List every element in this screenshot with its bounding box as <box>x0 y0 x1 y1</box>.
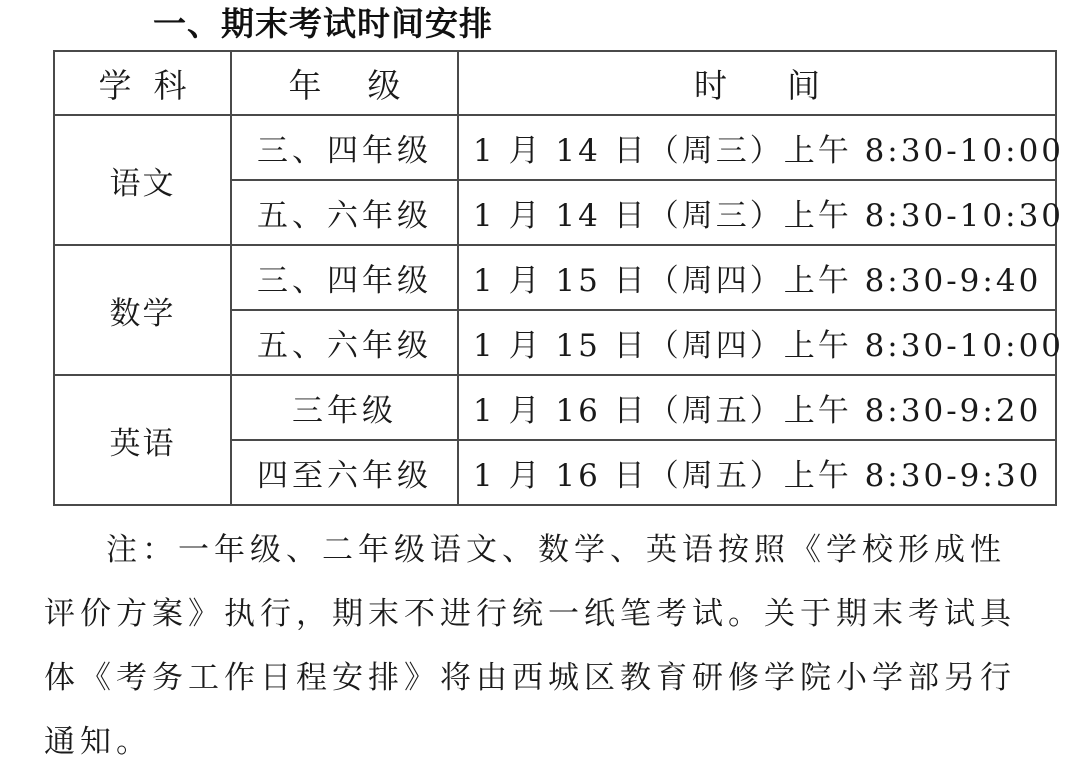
time-cell: 1 月 14 日（周三）上午 8:30-10:00 <box>458 115 1056 180</box>
table-row: 数学 三、四年级 1 月 15 日（周四）上午 8:30-9:40 <box>54 245 1056 310</box>
grade-cell: 三、四年级 <box>231 115 458 180</box>
grade-cell: 五、六年级 <box>231 180 458 245</box>
header-time: 时间 <box>458 51 1056 115</box>
note-paragraph: 注：一年级、二年级语文、数学、英语按照《学校形成性 评价方案》执行，期末不进行统… <box>44 518 1034 770</box>
time-cell: 1 月 15 日（周四）上午 8:30-10:00 <box>458 310 1056 375</box>
time-cell: 1 月 16 日（周五）上午 8:30-9:30 <box>458 440 1056 505</box>
grade-cell: 三年级 <box>231 375 458 440</box>
time-cell: 1 月 16 日（周五）上午 8:30-9:20 <box>458 375 1056 440</box>
section-title: 一、期末考试时间安排 <box>153 2 493 46</box>
table-row: 语文 三、四年级 1 月 14 日（周三）上午 8:30-10:00 <box>54 115 1056 180</box>
grade-cell: 四至六年级 <box>231 440 458 505</box>
table-row: 英语 三年级 1 月 16 日（周五）上午 8:30-9:20 <box>54 375 1056 440</box>
subject-cell-english: 英语 <box>54 375 231 505</box>
note-line: 注：一年级、二年级语文、数学、英语按照《学校形成性 <box>44 518 1034 582</box>
note-line: 评价方案》执行，期末不进行统一纸笔考试。关于期末考试具 <box>44 582 1034 646</box>
grade-cell: 五、六年级 <box>231 310 458 375</box>
grade-cell: 三、四年级 <box>231 245 458 310</box>
header-subject: 学科 <box>54 51 231 115</box>
time-cell: 1 月 15 日（周四）上午 8:30-9:40 <box>458 245 1056 310</box>
header-grade: 年级 <box>231 51 458 115</box>
note-line: 体《考务工作日程安排》将由西城区教育研修学院小学部另行 <box>44 646 1034 710</box>
time-cell: 1 月 14 日（周三）上午 8:30-10:30 <box>458 180 1056 245</box>
subject-cell-math: 数学 <box>54 245 231 375</box>
subject-cell-chinese: 语文 <box>54 115 231 245</box>
note-line: 通知。 <box>44 710 1034 770</box>
exam-schedule-table: 学科 年级 时间 语文 三、四年级 1 月 14 日（周三）上午 8:30-10… <box>53 50 1057 506</box>
table-header-row: 学科 年级 时间 <box>54 51 1056 115</box>
